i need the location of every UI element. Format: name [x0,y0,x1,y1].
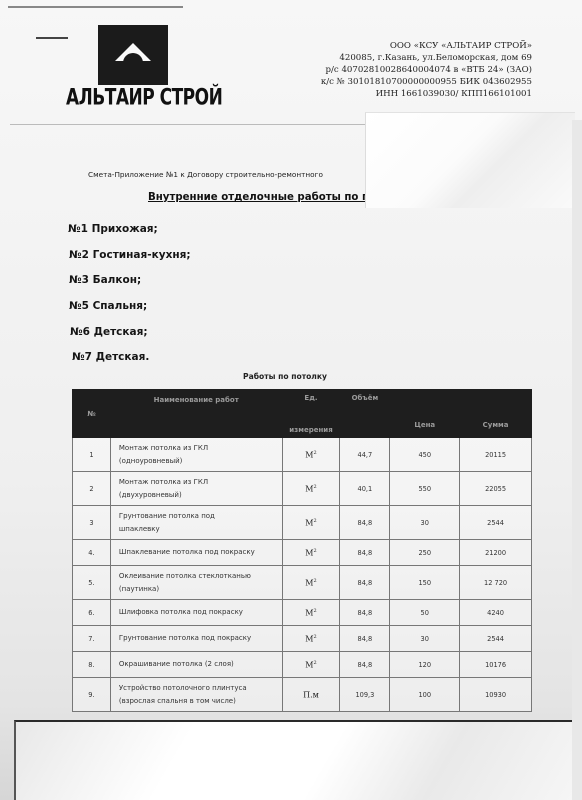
row-price: 100 [390,678,460,712]
row-work-name: Грунтование потолка под покраску [110,626,282,652]
row-work-name: Шлифовка потолка под покраску [110,600,282,626]
work-name-line-1: Монтаж потолка из ГКЛ [119,442,279,455]
row-unit: М2 [282,540,340,566]
row-volume: 109,3 [340,678,390,712]
work-name-line-2: (одноуровневый) [119,455,279,468]
row-work-name: Устройство потолочного плинтуса (взросла… [110,678,282,712]
unit-text: П.м [303,690,319,699]
table-row: 4. Шпаклевание потолка под покраску М2 8… [73,540,532,566]
ceiling-works-table: № Наименование работ Ед. измерения Объём… [72,389,532,712]
work-name-line-1: Шлифовка потолка под покраску [119,606,279,619]
company-requisites: ООО «КСУ «АЛЬТАИР СТРОЙ» 420085, г.Казан… [321,40,532,100]
row-volume: 84,8 [340,652,390,678]
room-item: №2 Гостиная-кухня; [69,249,191,275]
row-volume: 84,8 [340,600,390,626]
row-num: 6. [73,600,111,626]
row-sum: 2544 [460,506,532,540]
work-name-line-1: Грунтование потолка под [119,510,279,523]
header-volume: Объём [340,390,390,438]
row-price: 30 [390,626,460,652]
row-num: 5. [73,566,111,600]
unit-superscript: 2 [313,548,316,554]
row-work-name: Монтаж потолка из ГКЛ (одноуровневый) [110,438,282,472]
row-sum: 10930 [460,678,532,712]
scan-edge [572,120,582,800]
row-num: 7. [73,626,111,652]
row-sum: 2544 [460,626,532,652]
row-price: 150 [390,566,460,600]
unit-superscript: 2 [313,484,316,490]
correspondent-account: к/с № 30101810700000000955 БИК 043602955 [321,76,532,88]
row-price: 50 [390,600,460,626]
room-item: №7 Детская. [72,351,191,377]
unit-superscript: 2 [313,660,316,666]
row-num: 8. [73,652,111,678]
bank-account: р/с 40702810028640004074 в «ВТБ 24» (ЗАО… [321,64,532,76]
row-unit: М2 [282,438,340,472]
row-num: 9. [73,678,111,712]
unit-superscript: 2 [313,518,316,524]
work-name-line-2: шпаклевку [119,523,279,536]
row-sum: 4240 [460,600,532,626]
unit-superscript: 2 [313,578,316,584]
row-work-name: Монтаж потолка из ГКЛ (двухуровневый) [110,472,282,506]
row-unit: М2 [282,600,340,626]
row-unit: М2 [282,626,340,652]
scan-edge-line [8,6,183,8]
row-work-name: Окрашивание потолка (2 слоя) [110,652,282,678]
table-header-row: № Наименование работ Ед. измерения Объём… [73,390,532,438]
row-unit: М2 [282,652,340,678]
row-num: 4. [73,540,111,566]
row-sum: 12 720 [460,566,532,600]
handwritten-dash [36,37,68,39]
work-name-line-1: Оклеивание потолка стеклотканью [119,570,279,583]
header-num: № [73,390,111,438]
row-sum: 10176 [460,652,532,678]
row-volume: 40,1 [340,472,390,506]
row-price: 450 [390,438,460,472]
row-sum: 22055 [460,472,532,506]
header-unit: Ед. измерения [282,390,340,438]
room-item: №5 Спальня; [69,300,191,326]
row-work-name: Шпаклевание потолка под покраску [110,540,282,566]
section-title: Внутренние отделочные работы по по [148,192,376,203]
work-name-line-1: Грунтование потолка под покраску [119,632,279,645]
table-row: 6. Шлифовка потолка под покраску М2 84,8… [73,600,532,626]
table-row: 3 Грунтование потолка под шпаклевку М2 8… [73,506,532,540]
work-name-line-1: Устройство потолочного плинтуса [119,682,279,695]
row-unit: М2 [282,472,340,506]
table-title: Работы по потолку [243,372,327,381]
row-volume: 44,7 [340,438,390,472]
table-row: 8. Окрашивание потолка (2 слоя) М2 84,8 … [73,652,532,678]
row-num: 1 [73,438,111,472]
scanned-page: АЛЬТАИР СТРОЙ ООО «КСУ «АЛЬТАИР СТРОЙ» 4… [0,0,582,800]
row-work-name: Грунтование потолка под шпаклевку [110,506,282,540]
row-sum: 21200 [460,540,532,566]
work-name-line-1: Окрашивание потолка (2 слоя) [119,658,279,671]
header-name: Наименование работ [110,390,282,438]
table-row: 7. Грунтование потолка под покраску М2 8… [73,626,532,652]
table-row: 2 Монтаж потолка из ГКЛ (двухуровневый) … [73,472,532,506]
company-address: 420085, г.Казань, ул.Беломорская, дом 69 [321,52,532,64]
company-logo [98,25,168,85]
room-item: №6 Детская; [70,326,191,352]
table-row: 5. Оклеивание потолка стеклотканью (паут… [73,566,532,600]
row-unit: М2 [282,566,340,600]
work-name-line-2: (взрослая спальня в том числе) [119,695,279,708]
row-unit: М2 [282,506,340,540]
work-name-line-2: (двухуровневый) [119,489,279,502]
row-sum: 20115 [460,438,532,472]
work-name-line-1: Монтаж потолка из ГКЛ [119,476,279,489]
row-volume: 84,8 [340,626,390,652]
row-unit: П.м [282,678,340,712]
room-list: №1 Прихожая; №2 Гостиная-кухня; №3 Балко… [68,223,191,377]
row-price: 250 [390,540,460,566]
row-price: 550 [390,472,460,506]
room-item: №3 Балкон; [69,274,191,300]
header-unit-bottom: измерения [289,426,332,434]
document-subtitle: Смета-Приложение №1 к Договору строитель… [88,170,323,179]
row-volume: 84,8 [340,566,390,600]
row-price: 30 [390,506,460,540]
row-num: 3 [73,506,111,540]
unit-superscript: 2 [313,608,316,614]
header-sum: Сумма [460,390,532,438]
row-volume: 84,8 [340,506,390,540]
work-name-line-1: Шпаклевание потолка под покраску [119,546,279,559]
header-price: Цена [390,390,460,438]
row-price: 120 [390,652,460,678]
company-name: ООО «КСУ «АЛЬТАИР СТРОЙ» [321,40,532,52]
redaction-patch [365,112,575,208]
logo-text: АЛЬТАИР СТРОЙ [66,85,222,111]
unit-superscript: 2 [313,450,316,456]
overlapping-paper [14,720,574,800]
row-volume: 84,8 [340,540,390,566]
tax-ids: ИНН 1661039030/ КПП166101001 [321,88,532,100]
room-item: №1 Прихожая; [68,223,191,249]
unit-superscript: 2 [313,634,316,640]
header-unit-top: Ед. [304,394,317,402]
table-row: 9. Устройство потолочного плинтуса (взро… [73,678,532,712]
row-num: 2 [73,472,111,506]
table-row: 1 Монтаж потолка из ГКЛ (одноуровневый) … [73,438,532,472]
row-work-name: Оклеивание потолка стеклотканью (паутинк… [110,566,282,600]
work-name-line-2: (паутинка) [119,583,279,596]
